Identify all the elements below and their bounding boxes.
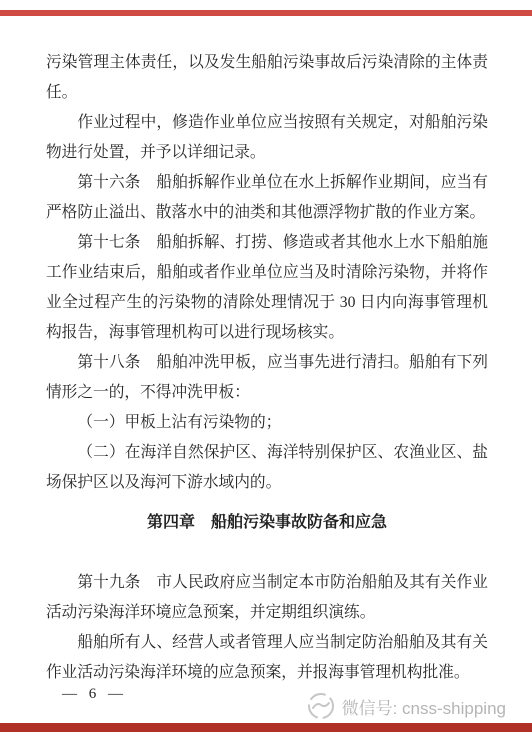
cnss-logo-icon bbox=[307, 692, 335, 720]
paragraph-article-17: 第十七条 船舶拆解、打捞、修造或者其他水上水下船舶施工作业结束后，船舶或者作业单… bbox=[46, 228, 488, 348]
bottom-red-bar bbox=[0, 723, 532, 732]
watermark: 微信号: cnss-shipping bbox=[307, 692, 506, 720]
page-number: — 6 — bbox=[62, 686, 127, 703]
paragraph: 作业过程中，修造作业单位应当按照有关规定，对船舶污染物进行处置，并予以详细记录。 bbox=[46, 108, 488, 168]
document-body: 污染管理主体责任，以及发生船舶污染事故后污染清除的主体责任。 作业过程中，修造作… bbox=[46, 48, 488, 688]
paragraph-article-18: 第十八条 船舶冲洗甲板，应当事先进行清扫。船舶有下列情形之一的，不得冲洗甲板： bbox=[46, 348, 488, 408]
chapter-heading: 第四章 船舶污染事故防备和应急 bbox=[46, 508, 488, 538]
paragraph-article-16: 第十六条 船舶拆解作业单位在水上拆解作业期间，应当有严格防止溢出、散落水中的油类… bbox=[46, 168, 488, 228]
paragraph-article-19: 第十九条 市人民政府应当制定本市防治船舶及其有关作业活动污染海洋环境应急预案，并… bbox=[46, 568, 488, 628]
top-red-bar bbox=[0, 10, 532, 16]
paragraph: 船舶所有人、经营人或者管理人应当制定防治船舶及其有关作业活动污染海洋环境的应急预… bbox=[46, 628, 488, 688]
paragraph-continuation: 污染管理主体责任，以及发生船舶污染事故后污染清除的主体责任。 bbox=[46, 48, 488, 108]
watermark-label: 微信号: cnss-shipping bbox=[342, 694, 506, 719]
list-item-2: （二）在海洋自然保护区、海洋特别保护区、农渔业区、盐场保护区以及海河下游水域内的… bbox=[46, 438, 488, 498]
list-item-1: （一）甲板上沾有污染物的； bbox=[46, 408, 488, 438]
document-page: 污染管理主体责任，以及发生船舶污染事故后污染清除的主体责任。 作业过程中，修造作… bbox=[0, 0, 532, 734]
